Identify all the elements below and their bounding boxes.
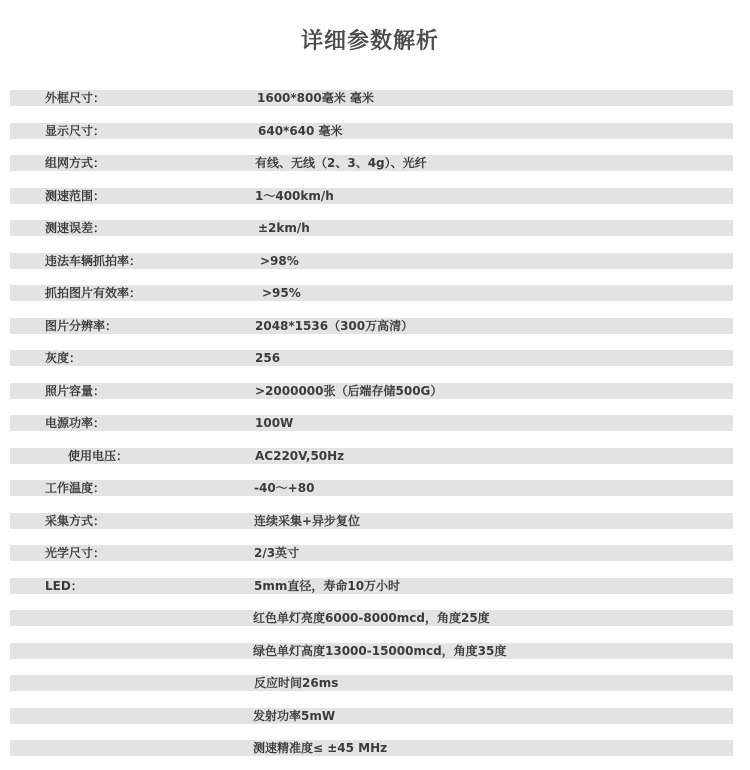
spec-row-optical-size: 光学尺寸： 2/3英寸: [10, 545, 733, 561]
spec-value: 绿色单灯高度13000-15000mcd，角度35度: [253, 642, 506, 660]
spec-label: 使用电压：: [68, 447, 128, 465]
spec-value: 反应时间26ms: [254, 674, 338, 692]
spec-row-temperature: 工作温度： -40～+80: [10, 480, 733, 496]
spec-label: 灰度：: [45, 349, 81, 367]
spec-value: -40～+80: [254, 479, 314, 497]
spec-value: AC220V,50Hz: [255, 447, 344, 465]
spec-value: 2048*1536（300万高清）: [255, 317, 413, 335]
spec-value: 100W: [255, 414, 293, 432]
spec-row-resolution: 图片分辨率： 2048*1536（300万高清）: [10, 318, 733, 334]
spec-row-speed-error: 测速误差： ±2km/h: [10, 220, 733, 236]
spec-row-speed-range: 测速范围： 1～400km/h: [10, 188, 733, 204]
spec-label: 显示尺寸：: [45, 122, 105, 140]
page-title: 详细参数解析: [0, 24, 740, 55]
spec-value: 测速精准度≤ ±45 MHz: [253, 739, 387, 757]
spec-row-photo-capacity: 照片容量： >2000000张（后端存储500G）: [10, 383, 733, 399]
spec-value: 256: [255, 349, 280, 367]
spec-value: 640*640 毫米: [258, 122, 343, 140]
spec-label: 测速误差：: [45, 219, 105, 237]
spec-row-led-green: 绿色单灯高度13000-15000mcd，角度35度: [10, 643, 733, 659]
spec-value: >95%: [262, 284, 301, 302]
spec-label: 外框尺寸：: [45, 89, 105, 107]
spec-label: 采集方式：: [45, 512, 105, 530]
spec-value: 1600*800毫米 毫米: [257, 89, 374, 107]
spec-row-capture-rate: 违法车辆抓拍率： >98%: [10, 253, 733, 269]
spec-label: 工作温度：: [45, 479, 105, 497]
spec-row-led: LED： 5mm直径，寿命10万小时: [10, 578, 733, 594]
spec-value: 5mm直径，寿命10万小时: [254, 577, 400, 595]
spec-row-valid-rate: 抓拍图片有效率： >95%: [10, 285, 733, 301]
spec-value: 红色单灯亮度6000-8000mcd，角度25度: [253, 609, 490, 627]
spec-value: >98%: [260, 252, 299, 270]
spec-row-frame-size: 外框尺寸： 1600*800毫米 毫米: [10, 90, 733, 106]
spec-row-led-red: 红色单灯亮度6000-8000mcd，角度25度: [10, 610, 733, 626]
spec-label: 组网方式：: [45, 154, 105, 172]
spec-label: 抓拍图片有效率：: [45, 284, 141, 302]
spec-label: LED：: [45, 577, 83, 595]
spec-row-emit-power: 发射功率5mW: [10, 708, 733, 724]
spec-value: 发射功率5mW: [253, 707, 335, 725]
spec-label: 测速范围：: [45, 187, 105, 205]
spec-value: ±2km/h: [258, 219, 310, 237]
spec-label: 违法车辆抓拍率：: [45, 252, 141, 270]
spec-label: 光学尺寸：: [45, 544, 105, 562]
spec-value: 1～400km/h: [255, 187, 334, 205]
spec-value: 有线、无线（2、3、4g）、光纤: [255, 154, 427, 172]
spec-row-response-time: 反应时间26ms: [10, 675, 733, 691]
spec-row-capture-mode: 采集方式： 连续采集+异步复位: [10, 513, 733, 529]
spec-row-voltage: 使用电压： AC220V,50Hz: [10, 448, 733, 464]
spec-row-network: 组网方式： 有线、无线（2、3、4g）、光纤: [10, 155, 733, 171]
spec-row-display-size: 显示尺寸： 640*640 毫米: [10, 123, 733, 139]
spec-value: 2/3英寸: [254, 544, 299, 562]
spec-value: >2000000张（后端存储500G）: [255, 382, 442, 400]
spec-label: 照片容量：: [45, 382, 105, 400]
spec-label: 电源功率：: [45, 414, 105, 432]
spec-row-power: 电源功率： 100W: [10, 415, 733, 431]
spec-row-speed-accuracy: 测速精准度≤ ±45 MHz: [10, 740, 733, 756]
spec-value: 连续采集+异步复位: [254, 512, 360, 530]
spec-label: 图片分辨率：: [45, 317, 117, 335]
spec-row-grayscale: 灰度： 256: [10, 350, 733, 366]
